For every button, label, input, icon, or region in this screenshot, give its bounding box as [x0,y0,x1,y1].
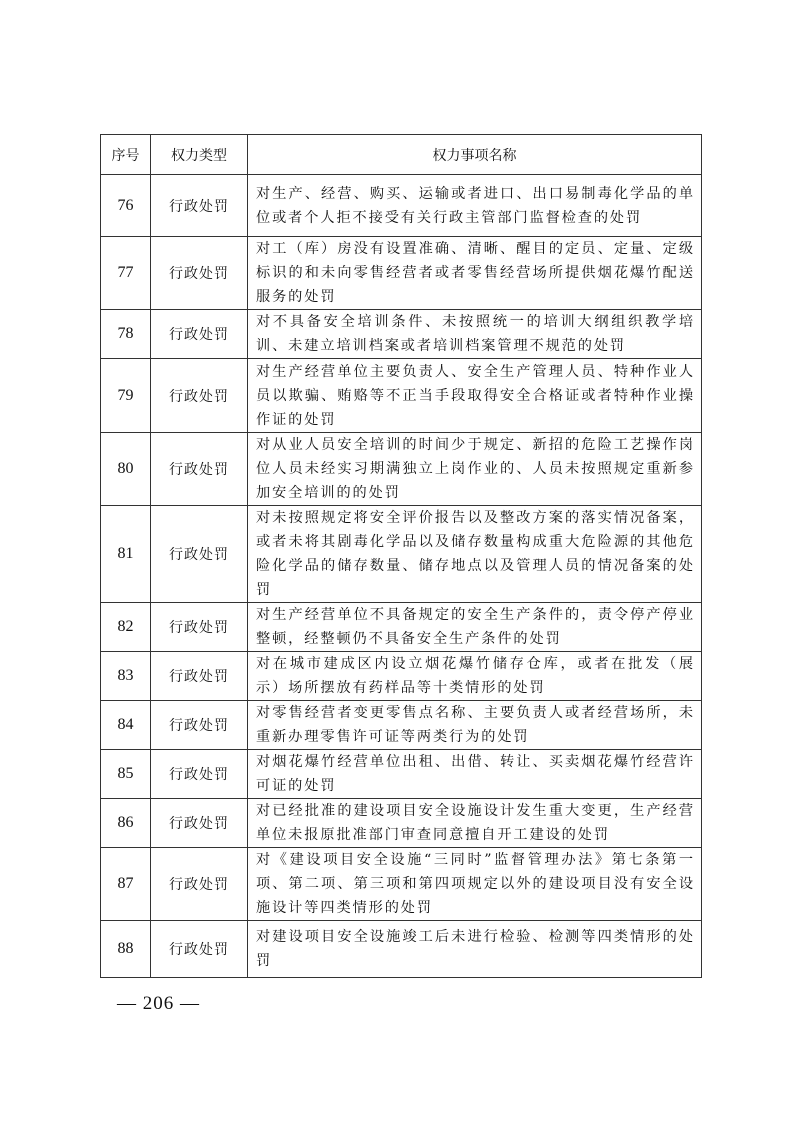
table-row: 80行政处罚对从业人员安全培训的时间少于规定、新招的危险工艺操作岗位人员未经实习… [101,433,702,506]
serial-number-cell: 84 [101,701,151,750]
power-item-name-cell: 对不具备安全培训条件、未按照统一的培训大纲组织教学培训、未建立培训档案或者培训档… [248,310,702,359]
power-type-cell: 行政处罚 [151,310,248,359]
serial-number-cell: 83 [101,652,151,701]
serial-number-cell: 85 [101,750,151,799]
table-row: 79行政处罚对生产经营单位主要负责人、安全生产管理人员、特种作业人员以欺骗、贿赂… [101,359,702,433]
table-row: 78行政处罚对不具备安全培训条件、未按照统一的培训大纲组织教学培训、未建立培训档… [101,310,702,359]
table-row: 86行政处罚对已经批准的建设项目安全设施设计发生重大变更，生产经营单位未报原批准… [101,799,702,848]
power-type-cell: 行政处罚 [151,175,248,237]
power-type-cell: 行政处罚 [151,237,248,310]
power-item-name-cell: 对工（库）房没有设置准确、清晰、醒目的定员、定量、定级标识的和未向零售经营者或者… [248,237,702,310]
document-page: 序号 权力类型 权力事项名称 76行政处罚对生产、经营、购买、运输或者进口、出口… [0,0,793,1122]
power-type-cell: 行政处罚 [151,359,248,433]
power-item-name-cell: 对已经批准的建设项目安全设施设计发生重大变更，生产经营单位未报原批准部门审查同意… [248,799,702,848]
power-type-cell: 行政处罚 [151,603,248,652]
serial-number-cell: 86 [101,799,151,848]
power-item-name-cell: 对未按照规定将安全评价报告以及整改方案的落实情况备案，或者未将其剧毒化学品以及储… [248,506,702,603]
serial-number-cell: 76 [101,175,151,237]
serial-number-cell: 77 [101,237,151,310]
power-item-name-cell: 对生产经营单位主要负责人、安全生产管理人员、特种作业人员以欺骗、贿赂等不正当手段… [248,359,702,433]
serial-number-cell: 79 [101,359,151,433]
power-type-cell: 行政处罚 [151,750,248,799]
power-item-name-cell: 对烟花爆竹经营单位出租、出借、转让、买卖烟花爆竹经营许可证的处罚 [248,750,702,799]
page-number: — 206 — [117,993,200,1015]
power-item-name-cell: 对零售经营者变更零售点名称、主要负责人或者经营场所，未重新办理零售许可证等两类行… [248,701,702,750]
power-type-cell: 行政处罚 [151,506,248,603]
header-power-item-name: 权力事项名称 [248,135,702,175]
table-row: 82行政处罚对生产经营单位不具备规定的安全生产条件的，责令停产停业整顿，经整顿仍… [101,603,702,652]
serial-number-cell: 81 [101,506,151,603]
power-item-name-cell: 对从业人员安全培训的时间少于规定、新招的危险工艺操作岗位人员未经实习期满独立上岗… [248,433,702,506]
power-items-table: 序号 权力类型 权力事项名称 76行政处罚对生产、经营、购买、运输或者进口、出口… [100,134,702,978]
table-header-row: 序号 权力类型 权力事项名称 [101,135,702,175]
table-row: 76行政处罚对生产、经营、购买、运输或者进口、出口易制毒化学品的单位或者个人拒不… [101,175,702,237]
serial-number-cell: 80 [101,433,151,506]
table-row: 83行政处罚对在城市建成区内设立烟花爆竹储存仓库，或者在批发（展示）场所摆放有药… [101,652,702,701]
power-item-name-cell: 对建设项目安全设施竣工后未进行检验、检测等四类情形的处罚 [248,921,702,978]
table-row: 77行政处罚对工（库）房没有设置准确、清晰、醒目的定员、定量、定级标识的和未向零… [101,237,702,310]
power-type-cell: 行政处罚 [151,921,248,978]
power-item-name-cell: 对生产、经营、购买、运输或者进口、出口易制毒化学品的单位或者个人拒不接受有关行政… [248,175,702,237]
table-row: 84行政处罚对零售经营者变更零售点名称、主要负责人或者经营场所，未重新办理零售许… [101,701,702,750]
table-row: 87行政处罚对《建设项目安全设施“三同时”监督管理办法》第七条第一项、第二项、第… [101,848,702,921]
table-row: 81行政处罚对未按照规定将安全评价报告以及整改方案的落实情况备案，或者未将其剧毒… [101,506,702,603]
power-item-name-cell: 对《建设项目安全设施“三同时”监督管理办法》第七条第一项、第二项、第三项和第四项… [248,848,702,921]
power-type-cell: 行政处罚 [151,799,248,848]
power-type-cell: 行政处罚 [151,652,248,701]
serial-number-cell: 82 [101,603,151,652]
table-row: 85行政处罚对烟花爆竹经营单位出租、出借、转让、买卖烟花爆竹经营许可证的处罚 [101,750,702,799]
power-type-cell: 行政处罚 [151,433,248,506]
power-type-cell: 行政处罚 [151,701,248,750]
power-item-name-cell: 对生产经营单位不具备规定的安全生产条件的，责令停产停业整顿，经整顿仍不具备安全生… [248,603,702,652]
table-row: 88行政处罚对建设项目安全设施竣工后未进行检验、检测等四类情形的处罚 [101,921,702,978]
power-item-name-cell: 对在城市建成区内设立烟花爆竹储存仓库，或者在批发（展示）场所摆放有药样品等十类情… [248,652,702,701]
header-serial-number: 序号 [101,135,151,175]
header-power-type: 权力类型 [151,135,248,175]
serial-number-cell: 88 [101,921,151,978]
power-type-cell: 行政处罚 [151,848,248,921]
serial-number-cell: 78 [101,310,151,359]
serial-number-cell: 87 [101,848,151,921]
